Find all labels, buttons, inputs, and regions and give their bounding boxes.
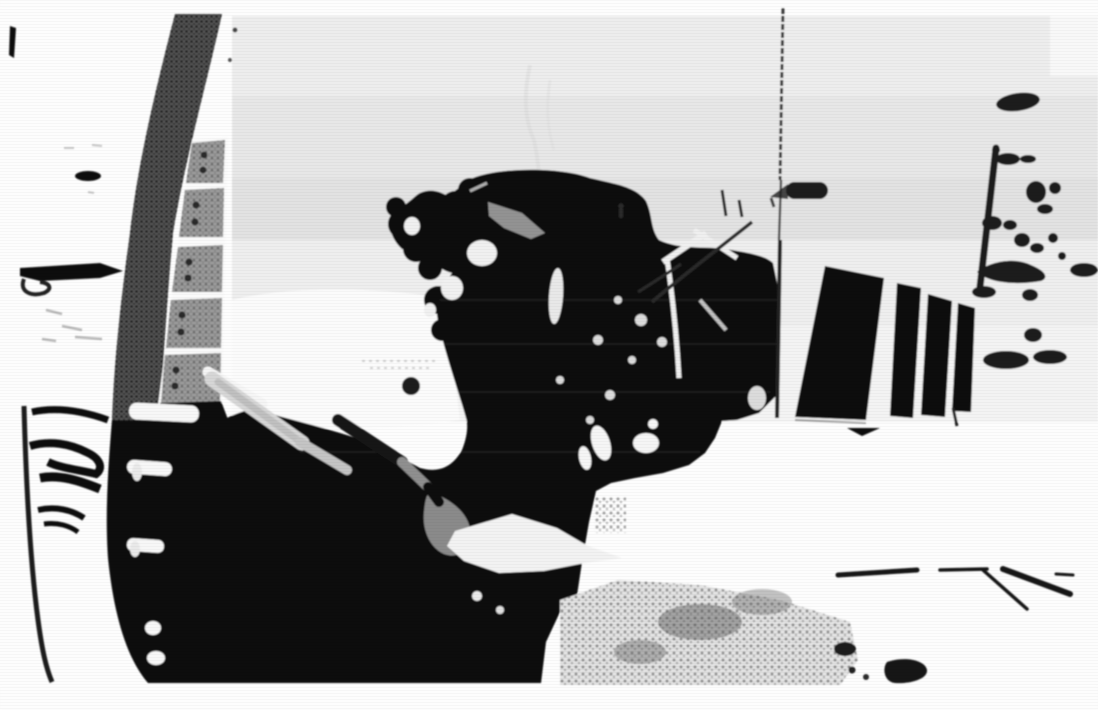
photograph — [0, 0, 1098, 710]
scanline-overlay — [0, 0, 1098, 710]
photo-canvas — [0, 0, 1098, 710]
